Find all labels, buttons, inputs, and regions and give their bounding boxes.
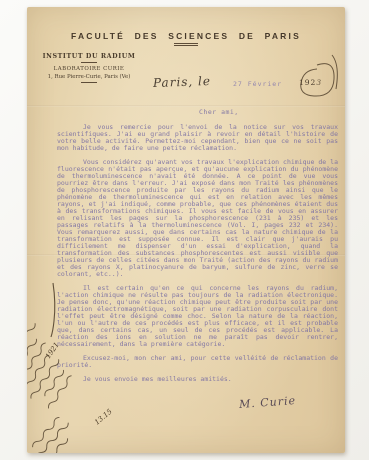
paragraph-1: Je vous remercie pour l'envoi de la noti… <box>57 124 338 152</box>
marginalia-fragment-number: 13.15 <box>93 407 114 426</box>
letter-paper: FACULTÉ DES SCIENCES DE PARIS INSTITUT D… <box>27 7 345 453</box>
letterhead-separator <box>81 62 97 63</box>
letterhead-title-rule <box>174 43 198 46</box>
letterhead-laboratory: LABORATOIRE CURIE <box>35 66 143 72</box>
paragraph-2: Vous considérez qu'avant vos travaux l'e… <box>57 159 338 278</box>
paper-crease <box>27 105 345 107</box>
salutation: Cher ami, <box>199 109 338 116</box>
letter-body: Cher ami, Je vous remercie pour l'envoi … <box>57 109 338 383</box>
letterhead-block: INSTITUT DU RADIUM LABORATOIRE CURIE 1, … <box>35 53 143 85</box>
handwritten-marginalia-lower <box>27 415 77 453</box>
dateline-typed-date: 27 Février <box>233 80 282 88</box>
paragraph-4: Excusez-moi, mon cher ami, pour cette ve… <box>57 355 338 369</box>
closing-line: Je vous envoie mes meilleures amitiés. <box>57 376 338 383</box>
dateline-handwritten-digit: 3 <box>316 78 322 87</box>
letterhead-address: 1, Rue Pierre-Curie, Paris (Ve) <box>35 74 143 80</box>
signature-m-curie: M. Curie <box>239 394 297 411</box>
letterhead-title: FACULTÉ DES SCIENCES DE PARIS <box>27 31 345 41</box>
dateline: Paris, le 27 Février 1923 <box>147 69 343 99</box>
margin-paragraph-stroke <box>51 283 55 337</box>
dateline-printed-prefix: Paris, le <box>153 74 211 90</box>
letterhead-separator <box>81 82 97 83</box>
letterhead-institute: INSTITUT DU RADIUM <box>35 53 143 60</box>
dateline-year: 1923 <box>299 78 322 87</box>
paragraph-3: Il est certain qu'en ce qui concerne les… <box>57 285 338 348</box>
dateline-printed-year: 192 <box>299 78 316 87</box>
screenshot-root: { "letterhead": { "title": "FACULTÉ DES … <box>0 0 369 460</box>
